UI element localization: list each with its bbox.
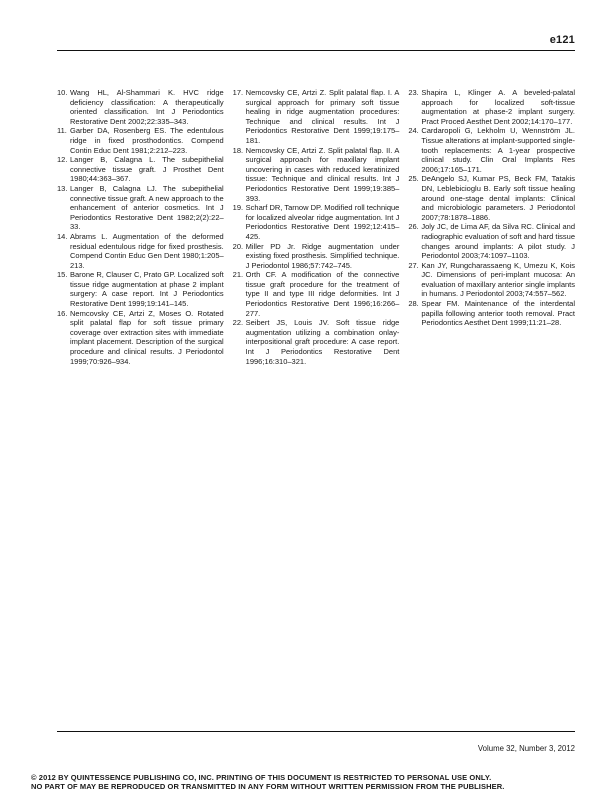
reference-item: 25.DeAngelo SJ, Kumar PS, Beck FM, Tatak… bbox=[408, 174, 575, 222]
reference-text: Nemcovsky CE, Artzi Z. Split palatal fla… bbox=[246, 88, 400, 146]
reference-item: 10.Wang HL, Al-Shammari K. HVC ridge def… bbox=[57, 88, 224, 126]
reference-item: 12.Langer B, Calagna L. The subepithelia… bbox=[57, 155, 224, 184]
reference-text: Wang HL, Al-Shammari K. HVC ridge defici… bbox=[70, 88, 224, 126]
reference-text: Nemcovsky CE, Artzi Z. Split palatal fla… bbox=[246, 146, 400, 204]
reference-item: 13.Langer B, Calagna LJ. The subepitheli… bbox=[57, 184, 224, 232]
reference-number: 24. bbox=[408, 126, 421, 174]
reference-text: Abrams L. Augmentation of the deformed r… bbox=[70, 232, 224, 270]
reference-item: 19.Scharf DR, Tarnow DP. Modified roll t… bbox=[233, 203, 400, 241]
reference-column-1: 10.Wang HL, Al-Shammari K. HVC ridge def… bbox=[57, 88, 224, 366]
reference-text: Spear FM. Maintenance of the interdental… bbox=[421, 299, 575, 328]
reference-number: 15. bbox=[57, 270, 70, 308]
reference-number: 10. bbox=[57, 88, 70, 126]
reference-item: 15.Barone R, Clauser C, Prato GP. Locali… bbox=[57, 270, 224, 308]
reference-column-3: 23.Shapira L, Klinger A. A beveled-palat… bbox=[408, 88, 575, 366]
reference-text: Nemcovsky CE, Artzi Z, Moses O. Rotated … bbox=[70, 309, 224, 367]
reference-item: 27.Kan JY, Rungcharassaeng K, Umezu K, K… bbox=[408, 261, 575, 299]
reference-item: 16.Nemcovsky CE, Artzi Z, Moses O. Rotat… bbox=[57, 309, 224, 367]
journal-page: e121 10.Wang HL, Al-Shammari K. HVC ridg… bbox=[0, 0, 595, 794]
copyright-line-1: © 2012 BY QUINTESSENCE PUBLISHING CO, IN… bbox=[31, 773, 573, 782]
reference-number: 26. bbox=[408, 222, 421, 260]
reference-text: DeAngelo SJ, Kumar PS, Beck FM, Tatakis … bbox=[421, 174, 575, 222]
reference-text: Scharf DR, Tarnow DP. Modified roll tech… bbox=[246, 203, 400, 241]
reference-text: Seibert JS, Louis JV. Soft tissue ridge … bbox=[246, 318, 400, 366]
reference-number: 28. bbox=[408, 299, 421, 328]
reference-text: Joly JC, de Lima AF, da Silva RC. Clinic… bbox=[421, 222, 575, 260]
reference-text: Langer B, Calagna LJ. The subepithelial … bbox=[70, 184, 224, 232]
page-number: e121 bbox=[550, 34, 575, 46]
reference-item: 11.Garber DA, Rosenberg ES. The edentulo… bbox=[57, 126, 224, 155]
reference-item: 26.Joly JC, de Lima AF, da Silva RC. Cli… bbox=[408, 222, 575, 260]
reference-item: 18.Nemcovsky CE, Artzi Z. Split palatal … bbox=[233, 146, 400, 204]
reference-text: Miller PD Jr. Ridge augmentation under e… bbox=[246, 242, 400, 271]
reference-number: 13. bbox=[57, 184, 70, 232]
reference-number: 27. bbox=[408, 261, 421, 299]
reference-number: 19. bbox=[233, 203, 246, 241]
reference-number: 18. bbox=[233, 146, 246, 204]
page-footer: Volume 32, Number 3, 2012 bbox=[57, 731, 575, 756]
reference-item: 24.Cardaropoli G, Lekholm U, Wennström J… bbox=[408, 126, 575, 174]
reference-item: 14.Abrams L. Augmentation of the deforme… bbox=[57, 232, 224, 270]
reference-item: 17.Nemcovsky CE, Artzi Z. Split palatal … bbox=[233, 88, 400, 146]
reference-number: 21. bbox=[233, 270, 246, 318]
reference-item: 20.Miller PD Jr. Ridge augmentation unde… bbox=[233, 242, 400, 271]
reference-number: 17. bbox=[233, 88, 246, 146]
reference-item: 21.Orth CF. A modification of the connec… bbox=[233, 270, 400, 318]
reference-text: Barone R, Clauser C, Prato GP. Localized… bbox=[70, 270, 224, 308]
copyright-line-2: NO PART OF MAY BE REPRODUCED OR TRANSMIT… bbox=[31, 782, 573, 791]
reference-number: 12. bbox=[57, 155, 70, 184]
reference-number: 23. bbox=[408, 88, 421, 126]
reference-text: Orth CF. A modification of the connectiv… bbox=[246, 270, 400, 318]
reference-item: 28.Spear FM. Maintenance of the interden… bbox=[408, 299, 575, 328]
reference-number: 11. bbox=[57, 126, 70, 155]
reference-number: 25. bbox=[408, 174, 421, 222]
volume-info: Volume 32, Number 3, 2012 bbox=[478, 744, 575, 753]
reference-column-2: 17.Nemcovsky CE, Artzi Z. Split palatal … bbox=[233, 88, 400, 366]
page-header: e121 bbox=[57, 30, 575, 51]
reference-text: Cardaropoli G, Lekholm U, Wennström JL. … bbox=[421, 126, 575, 174]
reference-text: Garber DA, Rosenberg ES. The edentulous … bbox=[70, 126, 224, 155]
reference-number: 14. bbox=[57, 232, 70, 270]
copyright-notice: © 2012 BY QUINTESSENCE PUBLISHING CO, IN… bbox=[31, 773, 573, 792]
reference-item: 23.Shapira L, Klinger A. A beveled-palat… bbox=[408, 88, 575, 126]
reference-text: Shapira L, Klinger A. A beveled-palatal … bbox=[421, 88, 575, 126]
reference-number: 22. bbox=[233, 318, 246, 366]
reference-number: 16. bbox=[57, 309, 70, 367]
reference-item: 22.Seibert JS, Louis JV. Soft tissue rid… bbox=[233, 318, 400, 366]
references-section: 10.Wang HL, Al-Shammari K. HVC ridge def… bbox=[57, 88, 575, 366]
reference-text: Kan JY, Rungcharassaeng K, Umezu K, Kois… bbox=[421, 261, 575, 299]
reference-text: Langer B, Calagna L. The subepithelial c… bbox=[70, 155, 224, 184]
reference-number: 20. bbox=[233, 242, 246, 271]
